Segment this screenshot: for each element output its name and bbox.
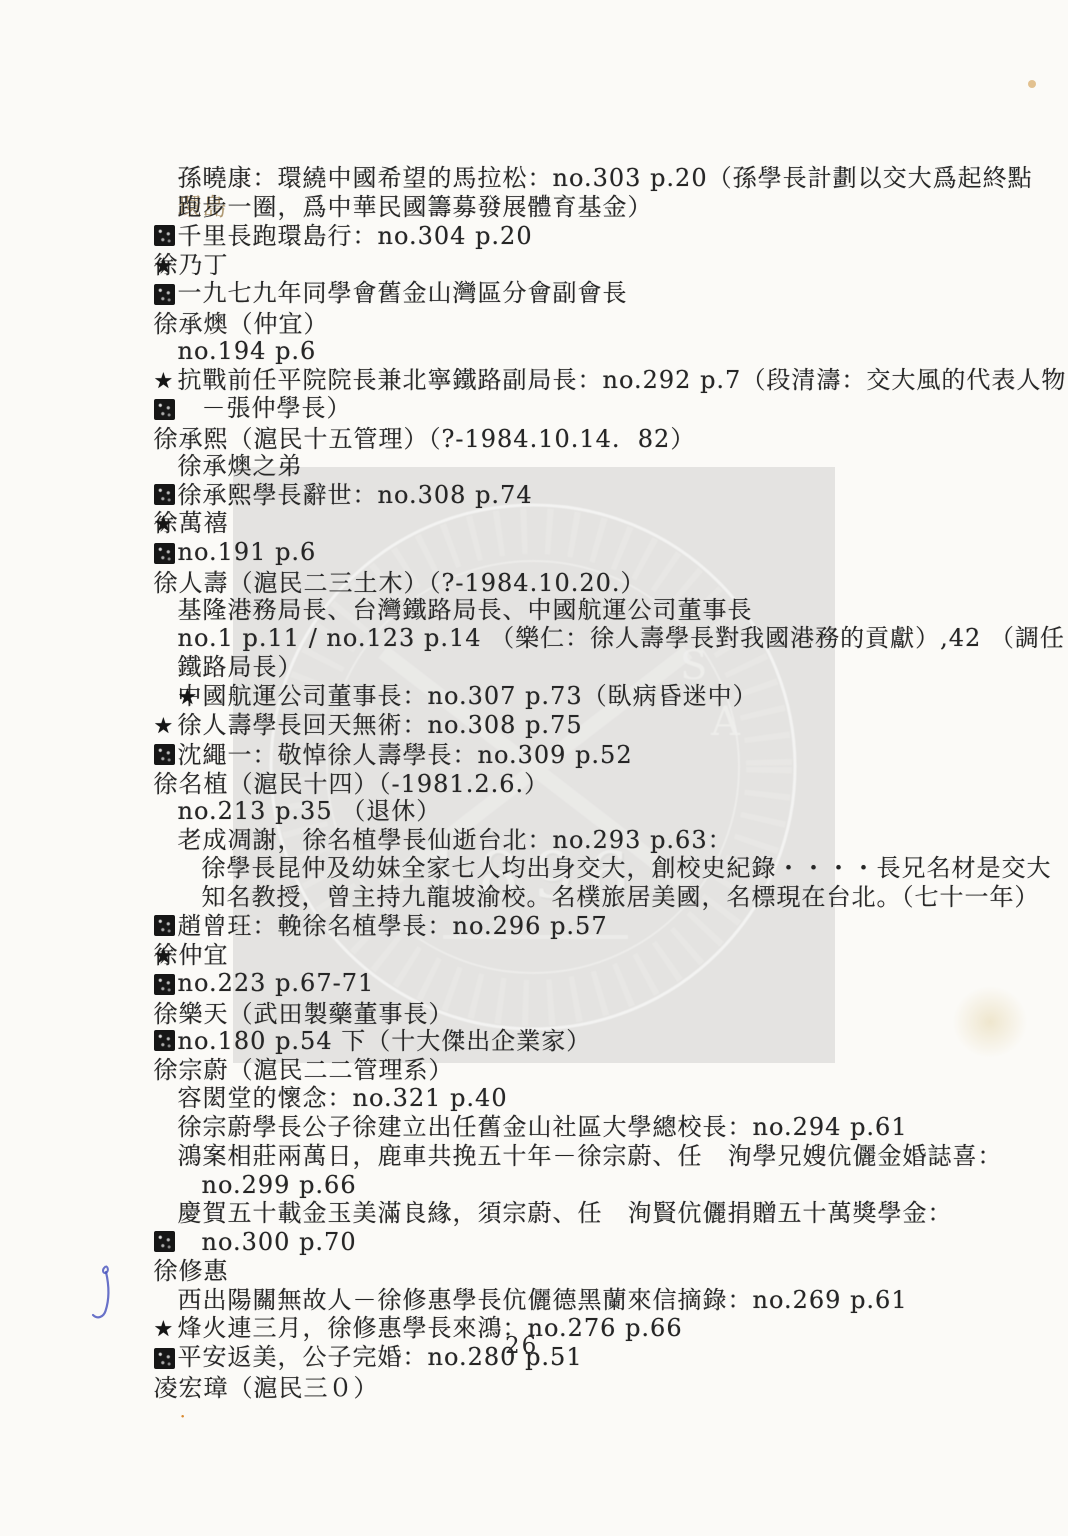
line-text: 徐人壽（滬民二三土木）（?-1984.10.20.） — [154, 569, 646, 597]
line-text: 烽火連三月，徐修惠學長來鴻：no.276 p.66 — [178, 1314, 683, 1342]
line-text: 孫曉康：環繞中國希望的馬拉松：no.303 p.20（孫學長計劃以交大爲起終點 — [178, 164, 1033, 192]
line-text: 凌宏璋（滬民三０） — [154, 1374, 379, 1402]
star-icon: ★ — [154, 944, 175, 969]
line-text: 老成凋謝，徐名植學長仙逝台北：no.293 p.63： — [178, 826, 733, 854]
line-text: 千里長跑環島行：no.304 p.20 — [178, 222, 533, 250]
star-icon: ★ — [178, 685, 199, 710]
star-icon: ★ — [154, 369, 175, 394]
document-lines: 孫曉康：環繞中國希望的馬拉松：no.303 p.20（孫學長計劃以交大爲起終點 … — [0, 78, 1068, 1314]
line-text: 徐宗蔚學長公子徐建立出任舊金山社區大學總校長：no.294 p.61 — [178, 1113, 908, 1141]
line-text: no.299 p.66 — [202, 1171, 357, 1199]
line-text: 徐承燠之弟 — [178, 452, 303, 480]
line-text: no.191 p.6 — [178, 538, 317, 566]
star-icon: ★ — [154, 254, 175, 279]
line-text: 一九七九年同學會舊金山灣區分會副會長 — [178, 279, 628, 307]
line-text: 趙曾玨：輓徐名植學長：no.296 p.57 — [178, 912, 608, 940]
star-icon: ★ — [154, 1317, 175, 1342]
line-text: 抗戰前任平院院長兼北寧鐵路副局長：no.292 p.7（段清濤：交大風的代表人物 — [178, 366, 1067, 394]
document-page: { "page": { "number": "26", "paper_color… — [0, 0, 1068, 1536]
line-text: 徐承熙學長辭世：no.308 p.74 — [178, 481, 533, 509]
line-text: 徐樂天（武田製藥董事長） — [154, 1000, 454, 1028]
seal-stamp-icon — [154, 1348, 175, 1369]
line-text: no.1 p.11 / no.123 p.14 （樂仁：徐人壽學長對我國港務的貢… — [178, 624, 1065, 652]
line-text: 基隆港務局長、台灣鐵路局長、中國航運公司董事長 — [178, 596, 753, 624]
line-text: 徐宗蔚（滬民二二管理系） — [154, 1056, 454, 1084]
pen-mark — [84, 1260, 128, 1334]
line-text: no.213 p.35 （退休） — [178, 797, 442, 825]
line-text: 鴻案相莊兩萬日，鹿車共挽五十年－徐宗蔚、任 洵學兄嫂伉儷金婚誌喜： — [178, 1142, 1003, 1170]
line-text: no.223 p.67-71 — [178, 969, 375, 997]
text-line: 孫曉康：環繞中國希望的馬拉松：no.303 p.20（孫學長計劃以交大爲起終點 … — [0, 78, 1068, 107]
line-text: 知名教授，曾主持九龍坡渝校。名樸旅居美國，名標現在台北。（七十一年） — [202, 883, 1040, 911]
line-text: 跑步一圈，爲中華民國籌募發展體育基金） — [178, 193, 653, 221]
line-text: 慶賀五十載金玉美滿良緣，須宗蔚、任 洵賢伉儷捐贈五十萬獎學金： — [178, 1199, 953, 1227]
line-text: no.300 p.70 — [202, 1228, 357, 1256]
line-text: 容閎堂的懷念：no.321 p.40 — [178, 1084, 508, 1112]
line-text: 中國航運公司董事長：no.307 p.73（臥病昏迷中） — [178, 682, 758, 710]
line-text: 沈繩一：敬悼徐人壽學長：no.309 p.52 — [178, 741, 633, 769]
line-text: no.180 p.54 下（十大傑出企業家） — [178, 1027, 592, 1055]
star-icon: ★ — [154, 512, 175, 537]
line-text: 西出陽關無故人－徐修惠學長伉儷德黑蘭來信摘錄：no.269 p.61 — [178, 1286, 908, 1314]
line-text: 徐承熙（滬民十五管理）（?-1984.10.14. 82） — [154, 425, 696, 453]
line-text: 鐵路局長） — [178, 653, 303, 681]
line-text: 徐學長昆仲及幼妹全家七人均出身交大，創校史紀錄・・・・長兄名材是交大 — [202, 854, 1052, 882]
star-icon: ★ — [154, 714, 175, 739]
line-text: －張仲學長） — [202, 394, 352, 422]
line-text: 徐人壽學長回天無術：no.308 p.75 — [178, 711, 583, 739]
page-number: 26 — [505, 1333, 538, 1359]
pen-dot-mark: · — [180, 1404, 187, 1428]
line-text: 徐承燠（仲宜） — [154, 310, 329, 338]
line-text: 徐名植（滬民十四）（-1981.2.6.） — [154, 770, 550, 798]
